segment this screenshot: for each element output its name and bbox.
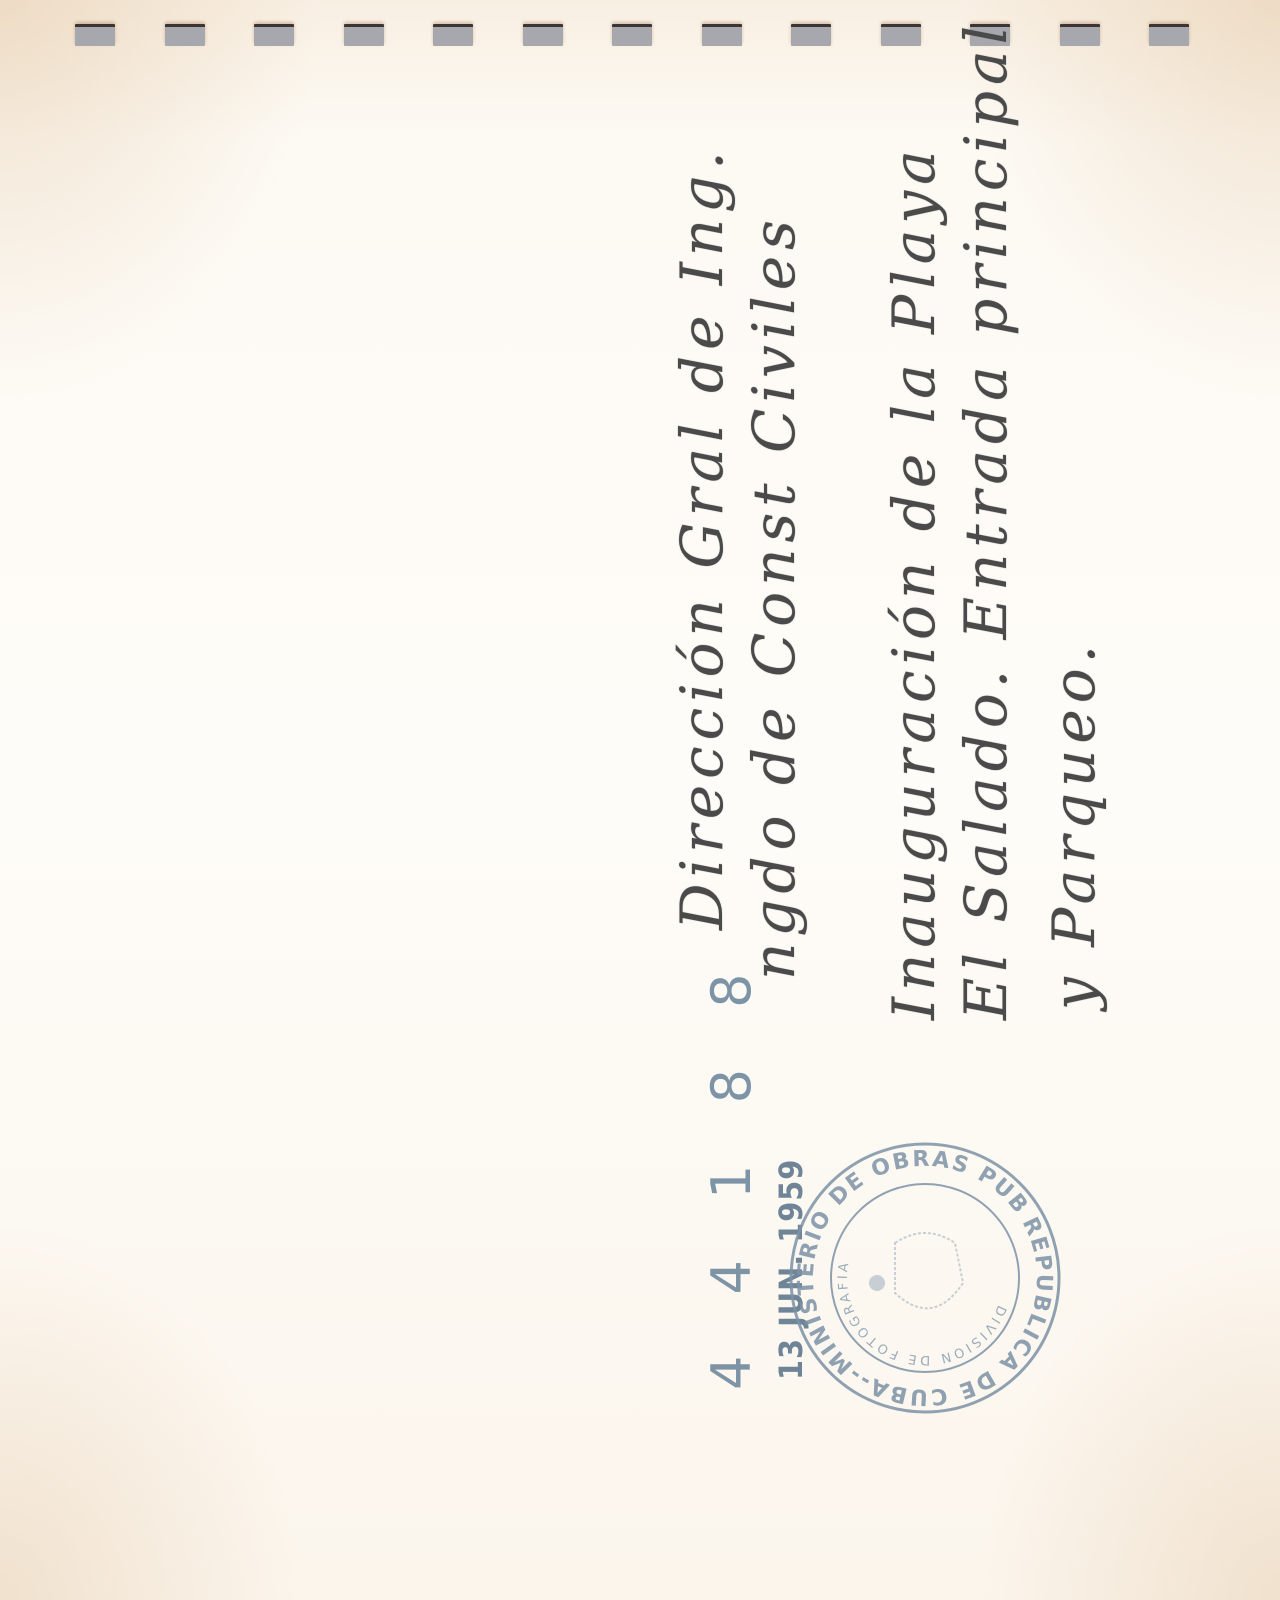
- binding-hole: [165, 24, 205, 46]
- binding-hole: [1060, 24, 1100, 46]
- handwriting-line-2: ngdo de Const Civiles: [740, 214, 808, 980]
- binding-hole: [702, 24, 742, 46]
- binding-hole: [523, 24, 563, 46]
- handwriting-line-3: Inauguración de la Playa: [880, 144, 948, 1020]
- seal-outer-text: REPUBLICA DE CUBA--MINISTERIO DE OBRAS P…: [785, 1138, 1065, 1418]
- binding-hole: [1149, 24, 1189, 46]
- binding-hole: [433, 24, 473, 46]
- binding-hole: [612, 24, 652, 46]
- binding-hole: [791, 24, 831, 46]
- binding-hole: [254, 24, 294, 46]
- ministry-seal: REPUBLICA DE CUBA--MINISTERIO DE OBRAS P…: [785, 1138, 1065, 1418]
- binding-holes: [0, 24, 1280, 48]
- svg-text:REPUBLICA DE CUBA--MINISTERIO: REPUBLICA DE CUBA--MINISTERIO DE OBRAS P…: [785, 1138, 1065, 1418]
- coat-of-arms-icon: [869, 1233, 963, 1308]
- handwriting-line-1: Dirección Gral de Ing.: [668, 145, 736, 930]
- binding-hole: [881, 24, 921, 46]
- handwriting-line-4: El Salado. Entrada principal: [952, 20, 1020, 1020]
- registry-number-stamp: 4 4 1 8 8: [700, 952, 763, 1390]
- handwriting-line-5: y Parqueo.: [1040, 639, 1108, 1010]
- binding-hole: [344, 24, 384, 46]
- binding-hole: [75, 24, 115, 46]
